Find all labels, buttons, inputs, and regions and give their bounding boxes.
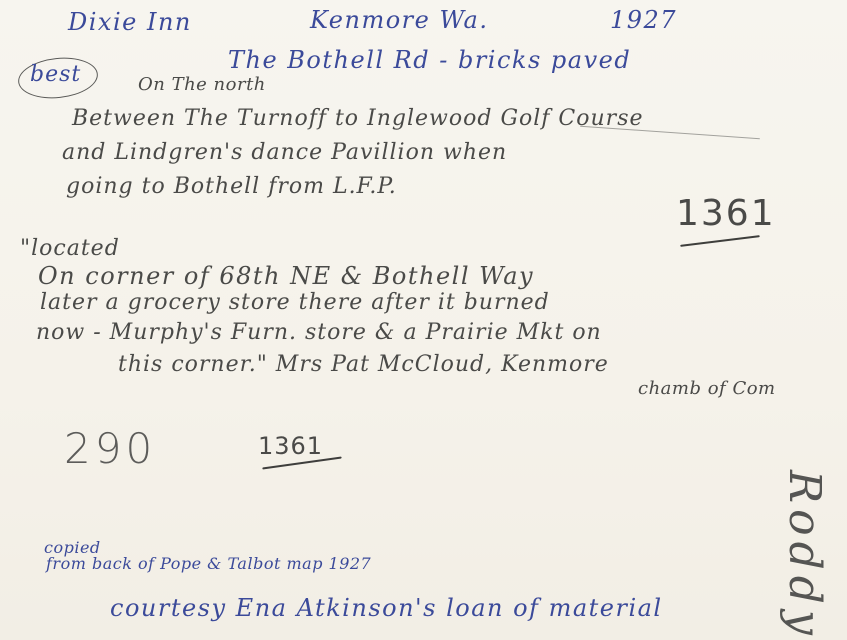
- quote-line1: "located: [20, 238, 120, 260]
- quote-line2: On corner of 68th NE & Bothell Way: [38, 264, 534, 288]
- quote-line3: later a grocery store there after it bur…: [40, 292, 550, 314]
- quote-line4: now - Murphy's Furn. store & a Prairie M…: [36, 322, 602, 344]
- paragraph1-line1: Between The Turnoff to Inglewood Golf Co…: [72, 108, 644, 130]
- road-line: The Bothell Rd - bricks paved: [228, 48, 631, 72]
- quote-line5: this corner." Mrs Pat McCloud, Kenmore: [118, 354, 609, 376]
- trailing-stroke: [580, 126, 760, 140]
- copied-line2: from back of Pope & Talbot map 1927: [46, 556, 371, 572]
- vertical-signature: Roddy: [779, 470, 830, 640]
- photo-back-paper: Dixie Inn Kenmore Wa. 1927 best The Both…: [0, 0, 847, 640]
- header-location: Kenmore Wa.: [310, 8, 488, 32]
- header-year: 1927: [610, 8, 677, 32]
- quote-line6: chamb of Com: [638, 380, 776, 398]
- paragraph1-line2: and Lindgren's dance Pavillion when: [62, 142, 507, 164]
- catalog-number-bottom: 1361: [258, 434, 323, 458]
- paragraph1-line3: going to Bothell from L.F.P.: [66, 176, 397, 198]
- on-the-north: On The north: [138, 76, 266, 94]
- courtesy-line: courtesy Ena Atkinson's loan of material: [110, 596, 663, 620]
- header-title: Dixie Inn: [68, 10, 192, 34]
- number-290: 290: [64, 428, 156, 470]
- catalog-number-top: 1361: [676, 196, 776, 232]
- catalog-number-top-underline: [680, 235, 760, 247]
- circled-label: best: [30, 64, 81, 86]
